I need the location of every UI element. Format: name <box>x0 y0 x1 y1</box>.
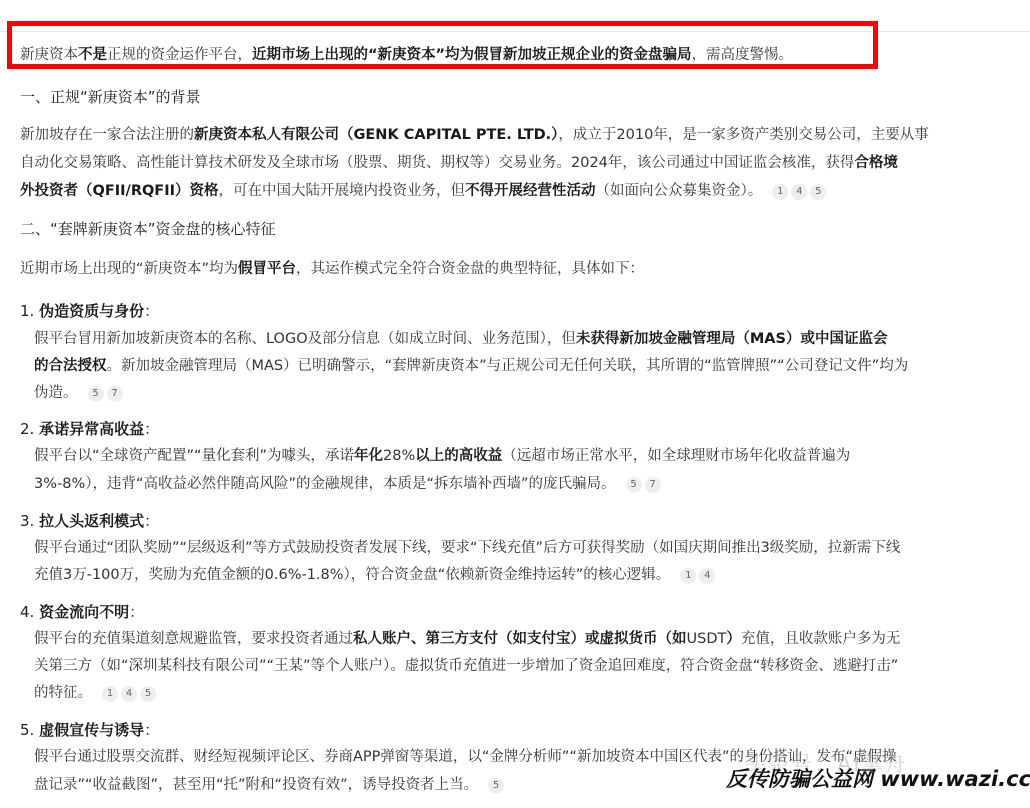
item-colon: ： <box>129 603 144 621</box>
item-number: 4. <box>20 603 34 621</box>
text-run: 正规的资金运作平台， <box>107 47 252 63</box>
item-2-heading: 2. 承诺异常高收益： <box>20 419 159 439</box>
text-run: 新加坡存在一家合法注册的 <box>20 127 194 143</box>
text-run: 伪造。 <box>34 385 78 401</box>
item-title: 拉人头返利模式 <box>39 512 144 530</box>
citation-group: 5 <box>478 777 504 793</box>
item-3-line-2: 充值3万-100万，奖励为充值金额的0.6%-1.8%），符合资金盘“依赖新资金… <box>34 565 715 585</box>
citation-group: 57 <box>616 476 661 492</box>
text-run: ，成立于2010年，是一家多资产类别交易公司，主要从事 <box>558 127 928 143</box>
citation-badge[interactable]: 5 <box>810 184 826 200</box>
item-number: 2. <box>20 420 34 438</box>
section1-line-3: 外投资者（QFII/RQFII）资格，可在中国大陆开展境内投资业务，但不得开展经… <box>20 181 826 201</box>
item-colon: ： <box>144 302 159 320</box>
text-run: 盘记录”“收益截图”，甚至用“托”附和“投资有效”，诱导投资者上当。 <box>34 777 478 793</box>
item-1-line-1: 假平台冒用新加坡新庚资本的名称、LOGO及部分信息（如成立时间、业务范围），但未… <box>34 329 887 349</box>
item-colon: ： <box>144 721 159 739</box>
citation-group: 14 <box>670 567 715 583</box>
item-2-line-1: 假平台以“全球资产配置”“量化套利”为噱头，承诺年化28%以上的高收益（远超市场… <box>34 446 850 466</box>
text-run: 假平台的充值渠道刻意规避监管，要求投资者通过 <box>34 631 353 647</box>
text-run: （如面向公众募集资金）。 <box>596 183 763 199</box>
text-run: ，需高度警惕。 <box>692 47 794 63</box>
item-1-line-3-text: 伪造。 <box>34 385 78 401</box>
citation-group: 57 <box>78 385 123 401</box>
item-1-line-2: 的合法授权。新加坡金融管理局（MAS）已明确警示，“套牌新庚资本”与正规公司无任… <box>34 356 908 376</box>
text-run: ，其运作模式完全符合资金盘的典型特征，具体如下： <box>296 261 644 277</box>
text-run: 假平台通过“团队奖励”“层级返利”等方式鼓励投资者发展下线，要求“下线充值”后方… <box>34 540 900 556</box>
citation-badge[interactable]: 1 <box>680 568 696 584</box>
item-title: 承诺异常高收益 <box>39 420 144 438</box>
citation-badge[interactable]: 4 <box>791 184 807 200</box>
text-run: （远超市场正常水平，如全球理财市场年化收益普遍为 <box>502 448 850 464</box>
item-2-line-2-text: 3%-8%），违背“高收益必然伴随高风险”的金融规律，本质是“拆东墙补西墙”的庞… <box>34 476 616 492</box>
citation-badge[interactable]: 4 <box>121 686 137 702</box>
text-run: 充值，且收款账户多为无 <box>741 631 901 647</box>
citation-badge[interactable]: 4 <box>699 568 715 584</box>
bold-text: ） <box>726 631 741 647</box>
text-run: 假平台以“全球资产配置”“量化套利”为噱头，承诺 <box>34 448 354 464</box>
item-5-line-2-text: 盘记录”“收益截图”，甚至用“托”附和“投资有效”，诱导投资者上当。 <box>34 777 478 793</box>
citation-group: 145 <box>92 685 156 701</box>
item-number: 1. <box>20 302 34 320</box>
item-colon: ： <box>144 512 159 530</box>
text-run: 假平台冒用新加坡新庚资本的名称、LOGO及部分信息（如成立时间、业务范围），但 <box>34 331 576 347</box>
text-run: 充值3万-100万，奖励为充值金额的0.6%-1.8%），符合资金盘“依赖新资金… <box>34 567 670 583</box>
item-2-line-2: 3%-8%），违背“高收益必然伴随高风险”的金融规律，本质是“拆东墙补西墙”的庞… <box>34 474 661 494</box>
item-1-heading: 1. 伪造资质与身份： <box>20 301 159 321</box>
citation-badge[interactable]: 7 <box>645 477 661 493</box>
bold-text: 新庚资本私人有限公司（GENK CAPITAL PTE. LTD.） <box>194 127 558 143</box>
item-5-heading: 5. 虚假宣传与诱导： <box>20 720 159 740</box>
text-run: 关第三方（如“深圳某科技有限公司”“王某”等个人账户）。虚拟货币充值进一步增加了… <box>34 658 898 674</box>
summary-text: 新庚资本不是正规的资金运作平台，近期市场上出现的“新庚资本”均为假冒新加坡正规企… <box>20 45 793 65</box>
bold-text: 未获得新加坡金融管理局（MAS）或中国证监会 <box>576 331 888 347</box>
section1-line-2: 自动化交易策略、高性能计算技术研发及全球市场（股票、期货、期权等）交易业务。20… <box>20 153 898 173</box>
item-title: 资金流向不明 <box>39 603 129 621</box>
section2-heading: 二、“套牌新庚资本”资金盘的核心特征 <box>20 219 276 239</box>
bold-text: 私人账户、第三方支付（如支付宝）或虚拟货币（如 <box>353 631 687 647</box>
bold-text: 年化 <box>354 448 383 464</box>
bold-text: 不得开展经营性活动 <box>465 183 596 199</box>
citation-badge[interactable]: 5 <box>88 386 104 402</box>
text-run: 28% <box>383 448 415 464</box>
item-number: 3. <box>20 512 34 530</box>
section2-intro: 近期市场上出现的“新庚资本”均为假冒平台，其运作模式完全符合资金盘的典型特征，具… <box>20 259 644 279</box>
item-1-line-3: 伪造。57 <box>34 383 123 403</box>
text-run: USDT <box>687 631 727 647</box>
bold-text: 外投资者（QFII/RQFII）资格 <box>20 183 219 199</box>
bold-text: 假冒平台 <box>238 261 296 277</box>
section1-line-3-text: 外投资者（QFII/RQFII）资格，可在中国大陆开展境内投资业务，但不得开展经… <box>20 183 762 199</box>
item-4-line-3: 的特征。145 <box>34 683 156 703</box>
text-run: 。新加坡金融管理局（MAS）已明确警示，“套牌新庚资本”与正规公司无任何关联，其… <box>107 358 909 374</box>
item-3-line-1: 假平台通过“团队奖励”“层级返利”等方式鼓励投资者发展下线，要求“下线充值”后方… <box>34 538 900 558</box>
bold-text: 以上的高收益 <box>415 448 502 464</box>
item-4-line-3-text: 的特征。 <box>34 685 92 701</box>
item-4-line-2: 关第三方（如“深圳某科技有限公司”“王某”等个人账户）。虚拟货币充值进一步增加了… <box>34 656 898 676</box>
bold-text: 的合法授权 <box>34 358 107 374</box>
bold-text: 不是 <box>78 47 107 63</box>
item-number: 5. <box>20 721 34 739</box>
text-run: 的特征。 <box>34 685 92 701</box>
citation-badge[interactable]: 5 <box>488 778 504 794</box>
citation-badge[interactable]: 1 <box>772 184 788 200</box>
item-title: 虚假宣传与诱导 <box>39 721 144 739</box>
citation-badge[interactable]: 7 <box>107 386 123 402</box>
watermark-main: 反传防骗公益网 www.wazi.cc <box>726 763 1030 793</box>
citation-group: 145 <box>762 183 826 199</box>
item-colon: ： <box>144 420 159 438</box>
section1-heading: 一、正规“新庚资本”的背景 <box>20 87 201 107</box>
text-run: ，可在中国大陆开展境内投资业务，但 <box>219 183 466 199</box>
citation-badge[interactable]: 5 <box>140 686 156 702</box>
bold-text: 合格境 <box>854 155 898 171</box>
text-run: 3%-8%），违背“高收益必然伴随高风险”的金融规律，本质是“拆东墙补西墙”的庞… <box>34 476 616 492</box>
citation-badge[interactable]: 1 <box>102 686 118 702</box>
citation-badge[interactable]: 5 <box>626 477 642 493</box>
item-4-heading: 4. 资金流向不明： <box>20 602 144 622</box>
text-run: 自动化交易策略、高性能计算技术研发及全球市场（股票、期货、期权等）交易业务。20… <box>20 155 854 171</box>
text-run: 新庚资本 <box>20 47 78 63</box>
item-title: 伪造资质与身份 <box>39 302 144 320</box>
section1-line-1: 新加坡存在一家合法注册的新庚资本私人有限公司（GENK CAPITAL PTE.… <box>20 125 929 145</box>
item-3-line-2-text: 充值3万-100万，奖励为充值金额的0.6%-1.8%），符合资金盘“依赖新资金… <box>34 567 670 583</box>
text-run: 近期市场上出现的“新庚资本”均为 <box>20 261 238 277</box>
item-3-heading: 3. 拉人头返利模式： <box>20 511 159 531</box>
item-4-line-1: 假平台的充值渠道刻意规避监管，要求投资者通过私人账户、第三方支付（如支付宝）或虚… <box>34 629 900 649</box>
bold-text: 近期市场上出现的“新庚资本”均为假冒新加坡正规企业的资金盘骗局 <box>252 47 692 63</box>
item-5-line-2: 盘记录”“收益截图”，甚至用“托”附和“投资有效”，诱导投资者上当。5 <box>34 775 504 795</box>
